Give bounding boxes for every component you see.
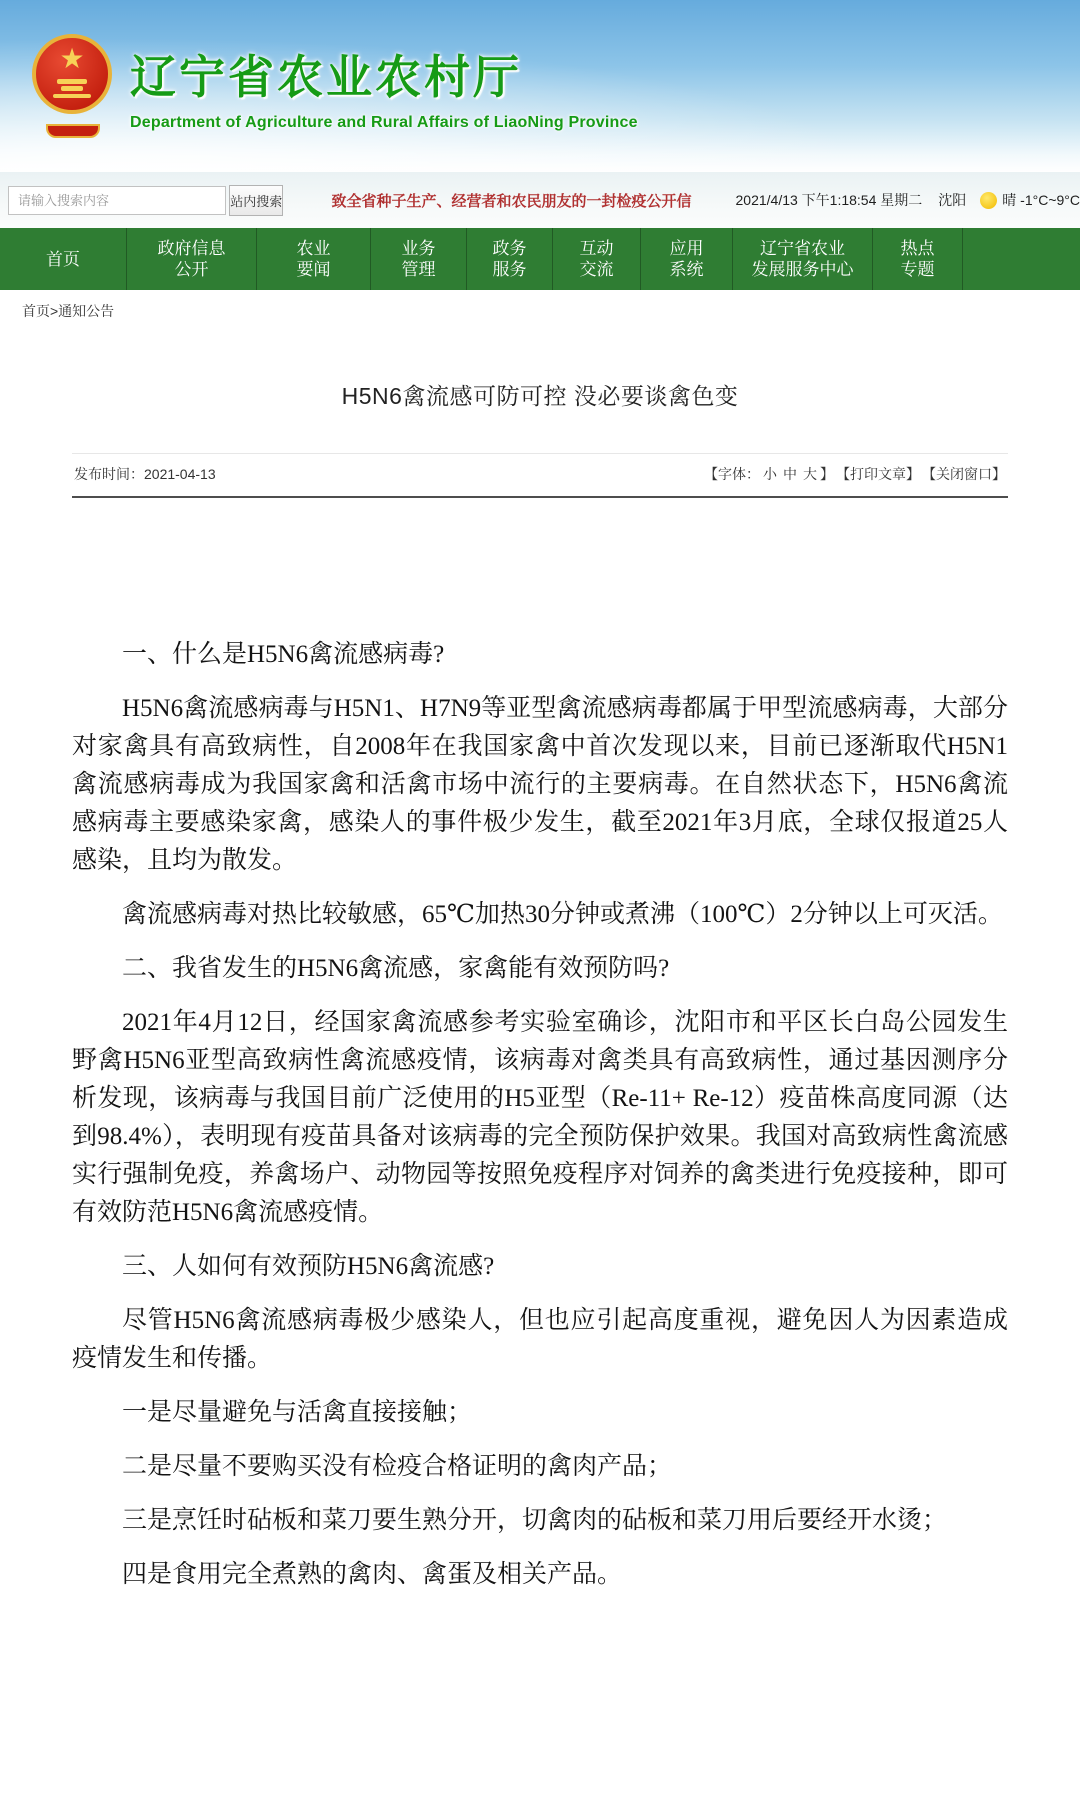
body-paragraph: 禽流感病毒对热比较敏感，65℃加热30分钟或煮沸（100℃）2分钟以上可灭活。 <box>72 896 1008 934</box>
nav-item-applications[interactable]: 应用 系统 <box>640 228 732 290</box>
article: H5N6禽流感可防可控 没必要谈禽色变 发布时间：2021-04-13 【字体：… <box>0 378 1080 1670</box>
site-search-button[interactable]: 站内搜索 <box>229 185 283 216</box>
body-paragraph: 四是食用完全煮熟的禽肉、禽蛋及相关产品。 <box>72 1556 1008 1594</box>
nav-item-gov-info[interactable]: 政府信息 公开 <box>126 228 256 290</box>
body-paragraph: 尽管H5N6禽流感病毒极少感染人，但也应引起高度重视，避免因人为因素造成疫情发生… <box>72 1302 1008 1378</box>
emblem-circle: ★ <box>32 34 112 114</box>
body-paragraph: 2021年4月12日，经国家禽流感参考实验室确诊，沈阳市和平区长白岛公园发生野禽… <box>72 1004 1008 1232</box>
site-banner: ★ 辽宁省农业农村厅 Department of Agriculture and… <box>0 0 1080 172</box>
close-window-button[interactable]: 【关闭窗口】 <box>922 464 1006 484</box>
search-bar: 站内搜索 致全省种子生产、经营者和农民朋友的一封检疫公开信 2021/4/13 … <box>0 172 1080 228</box>
quarantine-notice-link[interactable]: 致全省种子生产、经营者和农民朋友的一封检疫公开信 <box>331 190 691 211</box>
article-meta-bar: 发布时间：2021-04-13 【字体： 小 中 大 】 【打印文章】 【关闭窗… <box>72 453 1008 498</box>
main-nav: 首页 政府信息 公开 农业 要闻 业务 管理 政务 服务 互动 交流 应用 系统… <box>0 228 1080 290</box>
font-medium-button[interactable]: 中 <box>783 464 797 484</box>
site-title: 辽宁省农业农村厅 <box>130 41 638 107</box>
page-title: H5N6禽流感可防可控 没必要谈禽色变 <box>72 378 1008 411</box>
breadcrumb[interactable]: 首页>通知公告 <box>0 290 1080 332</box>
nav-item-hot-topics[interactable]: 热点 专题 <box>872 228 962 290</box>
font-size-label-close: 】 <box>820 464 834 484</box>
article-body: 一、什么是H5N6禽流感病毒? H5N6禽流感病毒与H5N1、H7N9等亚型禽流… <box>72 498 1008 1594</box>
site-subtitle: Department of Agriculture and Rural Affa… <box>130 114 638 132</box>
nav-item-service-center[interactable]: 辽宁省农业 发展服务中心 <box>732 228 872 290</box>
star-icon: ★ <box>36 44 108 74</box>
body-paragraph: 一是尽量避免与活禽直接接触； <box>72 1394 1008 1432</box>
nav-item-home[interactable]: 首页 <box>0 228 126 290</box>
nav-item-agri-news[interactable]: 农业 要闻 <box>256 228 370 290</box>
meta-actions: 【字体： 小 中 大 】 【打印文章】 【关闭窗口】 <box>704 464 1006 484</box>
nav-filler <box>962 228 1080 290</box>
city-label: 沈阳 <box>938 190 966 210</box>
datetime-weather: 2021/4/13 下午1:18:54 星期二 沈阳 晴 -1°C~9°C <box>736 190 1080 210</box>
publish-date: 发布时间：2021-04-13 <box>74 464 216 484</box>
font-large-button[interactable]: 大 <box>803 464 817 484</box>
page: ★ 辽宁省农业农村厅 Department of Agriculture and… <box>0 0 1080 1800</box>
search-input[interactable] <box>8 186 226 215</box>
section-heading: 一、什么是H5N6禽流感病毒? <box>72 636 1008 674</box>
body-paragraph: H5N6禽流感病毒与H5N1、H7N9等亚型禽流感病毒都属于甲型流感病毒，大部分… <box>72 690 1008 880</box>
section-heading: 二、我省发生的H5N6禽流感，家禽能有效预防吗? <box>72 950 1008 988</box>
body-paragraph: 三是烹饪时砧板和菜刀要生熟分开，切禽肉的砧板和菜刀用后要经开水烫； <box>72 1502 1008 1540</box>
section-heading: 三、人如何有效预防H5N6禽流感? <box>72 1248 1008 1286</box>
datetime-text: 2021/4/13 下午1:18:54 星期二 <box>736 190 923 210</box>
national-emblem-icon: ★ <box>32 34 114 138</box>
font-small-button[interactable]: 小 <box>763 464 777 484</box>
font-size-label: 【字体： <box>704 464 760 484</box>
nav-item-gov-services[interactable]: 政务 服务 <box>466 228 552 290</box>
weather-text: 晴 -1°C~9°C <box>1002 190 1080 210</box>
banner-text: 辽宁省农业农村厅 Department of Agriculture and R… <box>130 41 638 132</box>
sun-icon <box>980 192 997 209</box>
body-paragraph: 二是尽量不要购买没有检疫合格证明的禽肉产品； <box>72 1448 1008 1486</box>
nav-item-interaction[interactable]: 互动 交流 <box>552 228 640 290</box>
print-article-button[interactable]: 【打印文章】 <box>836 464 920 484</box>
nav-item-business-mgmt[interactable]: 业务 管理 <box>370 228 466 290</box>
